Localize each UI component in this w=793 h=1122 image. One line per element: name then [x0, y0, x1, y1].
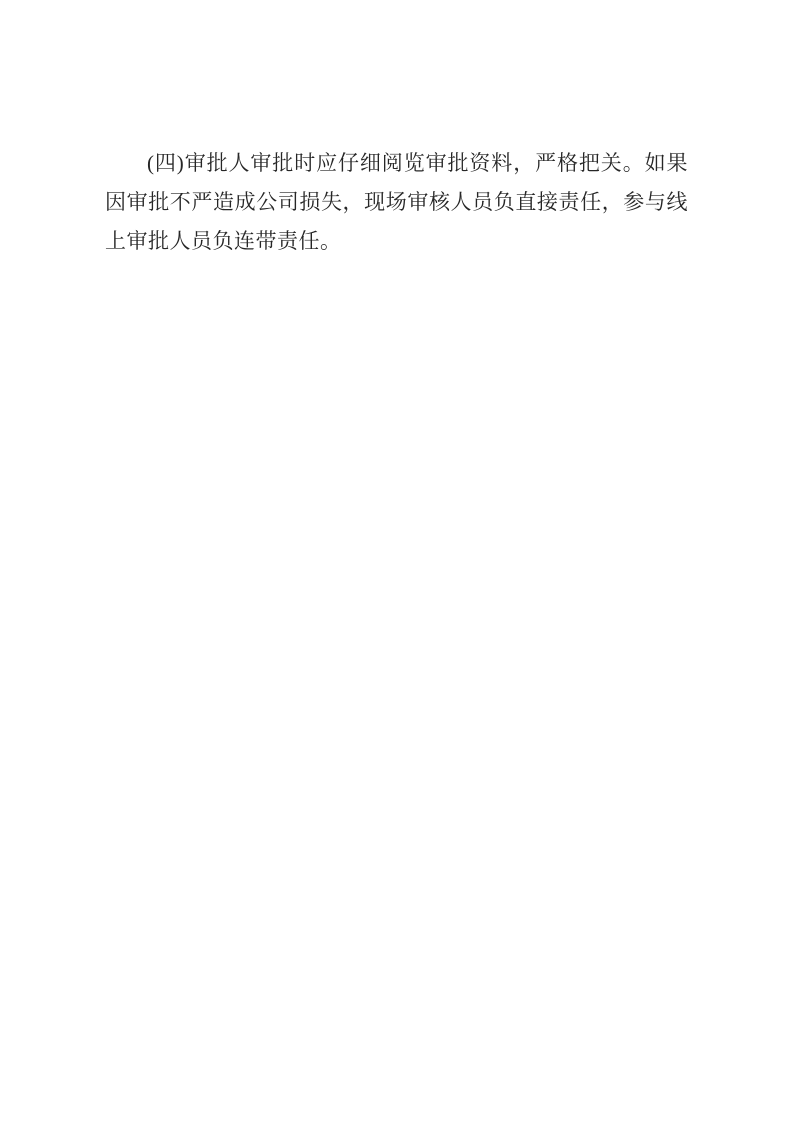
- document-page: (四)审批人审批时应仔细阅览审批资料，严格把关。如果因审批不严造成公司损失，现场…: [0, 0, 793, 1122]
- body-paragraph: (四)审批人审批时应仔细阅览审批资料，严格把关。如果因审批不严造成公司损失，现场…: [105, 144, 688, 261]
